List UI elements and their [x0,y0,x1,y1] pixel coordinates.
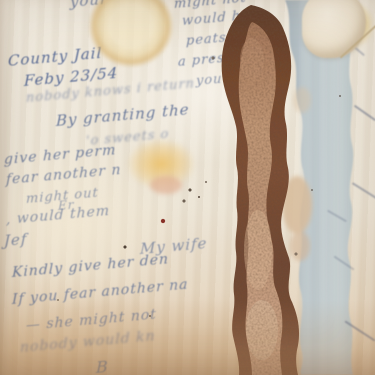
artwork-photo: your might not would h peats a pres you … [0,0,375,375]
rust-strip [222,5,299,375]
